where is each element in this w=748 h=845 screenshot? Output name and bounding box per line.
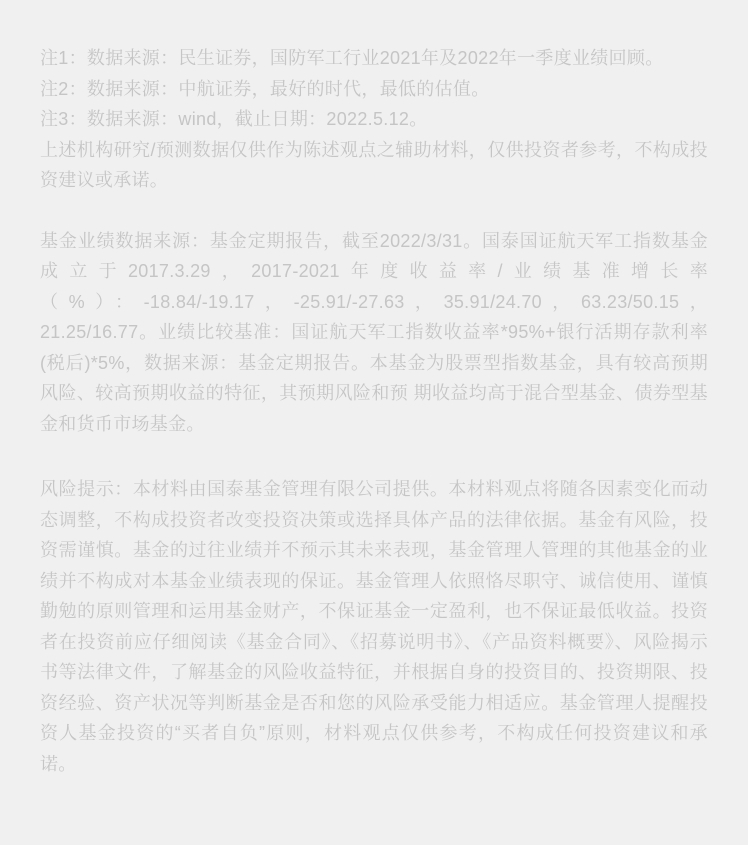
disclaimer-page: 注1：数据来源：民生证券，国防军工行业2021年及2022年一季度业绩回顾。 注… bbox=[0, 0, 748, 845]
fund-performance-disclosure: 基金业绩数据来源：基金定期报告，截至2022/3/31。国泰国证航天军工指数基金… bbox=[40, 226, 708, 440]
note-line-1: 注1：数据来源：民生证券，国防军工行业2021年及2022年一季度业绩回顾。 bbox=[40, 43, 708, 74]
note-line-2: 注2：数据来源：中航证券，最好的时代，最低的估值。 bbox=[40, 74, 708, 105]
note-line-3: 注3：数据来源：wind，截止日期：2022.5.12。 bbox=[40, 104, 708, 135]
notes-disclaimer-line: 上述机构研究/预测数据仅供作为陈述观点之辅助材料，仅供投资者参考，不构成投资建议… bbox=[40, 135, 708, 196]
data-source-notes: 注1：数据来源：民生证券，国防军工行业2021年及2022年一季度业绩回顾。 注… bbox=[40, 43, 708, 196]
risk-disclosure: 风险提示：本材料由国泰基金管理有限公司提供。本材料观点将随各因素变化而动态调整，… bbox=[40, 474, 708, 779]
